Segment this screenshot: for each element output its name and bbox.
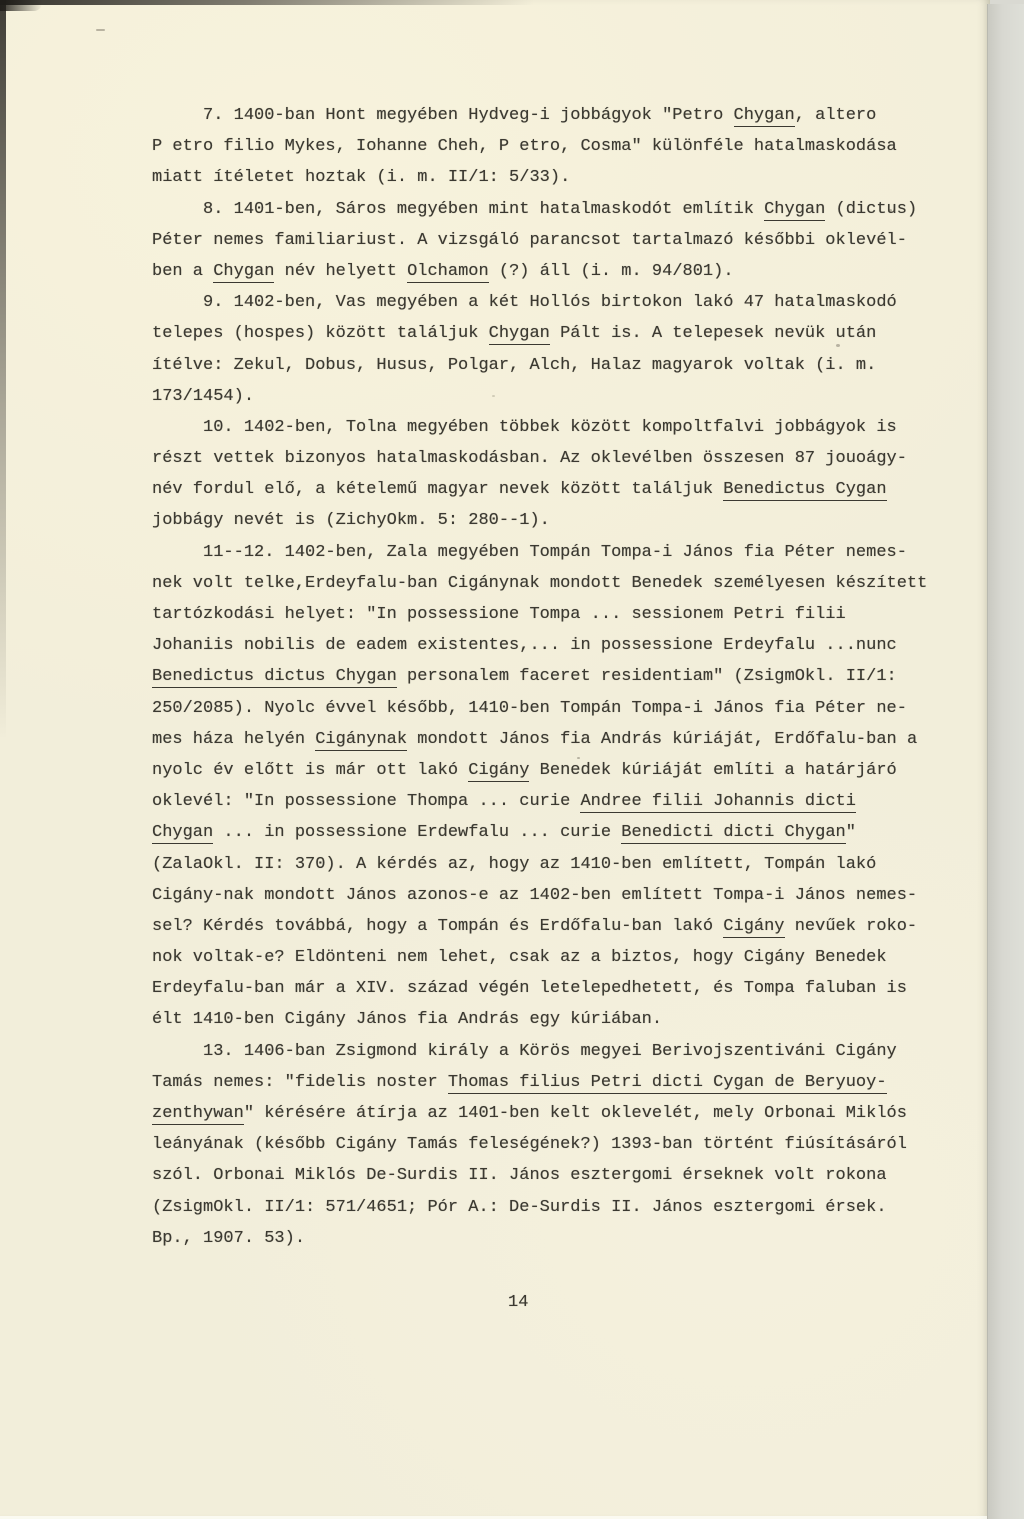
text-line: telepes (hospes) között találjuk Chygan … [152, 318, 932, 349]
scan-speck [889, 209, 892, 212]
scan-edge-top-corner [0, 0, 42, 11]
text-line: 10. 1402-ben, Tolna megyében többek közö… [152, 412, 932, 443]
text-line: nek volt telke,Erdeyfalu-ban Cigánynak m… [152, 568, 932, 599]
text-line: Tamás nemes: "fidelis noster Thomas fili… [152, 1067, 932, 1098]
text-line: (ZalaOkl. II: 370). A kérdés az, hogy az… [152, 849, 932, 880]
text-line: zenthywan" kérésére átírja az 1401-ben k… [152, 1098, 932, 1129]
text-line: Cigány-nak mondott János azonos-e az 140… [152, 880, 932, 911]
scan-speck [836, 344, 840, 347]
underlined-term: Benedictus Cygan [723, 480, 886, 501]
text-line: 7. 1400-ban Hont megyében Hydveg-i jobbá… [152, 100, 932, 131]
text-line: P etro filio Mykes, Iohanne Cheh, P etro… [152, 131, 932, 162]
text-line: név fordul elő, a kételemű magyar nevek … [152, 474, 932, 505]
text-line: Benedictus dictus Chygan personalem face… [152, 661, 932, 692]
underlined-term: Benedictus dictus Chygan [152, 667, 397, 688]
text-line: ben a Chygan név helyett Olchamon (?) ál… [152, 256, 932, 287]
underlined-term: Thomas filius Petri dicti Cygan de Beryu… [448, 1073, 887, 1094]
scan-speck [96, 29, 105, 31]
underlined-term: Cigány [468, 761, 529, 782]
text-line: Chygan ... in possessione Erdewfalu ... … [152, 817, 932, 848]
text-line: jobbágy nevét is (ZichyOkm. 5: 280--1). [152, 505, 932, 536]
underlined-term: Chygan [152, 823, 213, 844]
underlined-term: Chygan [213, 262, 274, 283]
text-line: 9. 1402-ben, Vas megyében a két Hollós b… [152, 287, 932, 318]
scan-speck [492, 395, 495, 397]
text-line: részt vettek bizonyos hatalmaskodásban. … [152, 443, 932, 474]
underlined-term: Olchamon [407, 262, 489, 283]
text-line: sel? Kérdés továbbá, hogy a Tompán és Er… [152, 911, 932, 942]
scan-speck [577, 757, 580, 759]
text-line: Péter nemes familiariust. A vizsgáló par… [152, 225, 932, 256]
text-line: leányának (később Cigány Tamás feleségén… [152, 1129, 932, 1160]
text-line: mes háza helyén Cigánynak mondott János … [152, 724, 932, 755]
document-text: 7. 1400-ban Hont megyében Hydveg-i jobbá… [152, 100, 932, 1254]
text-line: Erdeyfalu-ban már a XIV. század végén le… [152, 973, 932, 1004]
text-line: Johaniis nobilis de eadem existentes,...… [152, 630, 932, 661]
text-line: ítélve: Zekul, Dobus, Husus, Polgar, Alc… [152, 350, 932, 381]
underlined-term: Andree filii Johannis dicti [580, 792, 855, 813]
text-line: tartózkodási helyet: "In possessione Tom… [152, 599, 932, 630]
text-line: nok voltak-e? Eldönteni nem lehet, csak … [152, 942, 932, 973]
page-number: 14 [508, 1293, 528, 1312]
text-line: oklevél: "In possessione Thompa ... curi… [152, 786, 932, 817]
underlined-term: Benedicti dicti Chygan [621, 823, 845, 844]
text-line: Bp., 1907. 53). [152, 1223, 932, 1254]
underlined-term: zenthywan [152, 1104, 244, 1125]
underlined-term: Cigánynak [315, 730, 407, 751]
text-line: 250/2085). Nyolc évvel később, 1410-ben … [152, 693, 932, 724]
text-line: 11--12. 1402-ben, Zala megyében Tompán T… [152, 537, 932, 568]
text-line: nyolc év előtt is már ott lakó Cigány Be… [152, 755, 932, 786]
underlined-term: Cigány [723, 917, 784, 938]
underlined-term: Chygan [734, 106, 795, 127]
scan-edge-top [0, 0, 545, 5]
text-line: (ZsigmOkl. II/1: 571/4651; Pór A.: De-Su… [152, 1192, 932, 1223]
text-line: 173/1454). [152, 381, 932, 412]
scan-edge-left [0, 0, 6, 740]
text-line: 8. 1401-ben, Sáros megyében mint hatalma… [152, 194, 932, 225]
underlined-term: Chygan [764, 200, 825, 221]
text-line: élt 1410-ben Cigány János fia András egy… [152, 1004, 932, 1035]
underlined-term: Chygan [489, 324, 550, 345]
text-line: miatt ítéletet hoztak (i. m. II/1: 5/33)… [152, 162, 932, 193]
text-line: szól. Orbonai Miklós De-Surdis II. János… [152, 1160, 932, 1191]
scanner-background-strip [987, 4, 1024, 1519]
scanned-page: 7. 1400-ban Hont megyében Hydveg-i jobbá… [0, 0, 990, 1519]
text-line: 13. 1406-ban Zsigmond király a Körös meg… [152, 1036, 932, 1067]
